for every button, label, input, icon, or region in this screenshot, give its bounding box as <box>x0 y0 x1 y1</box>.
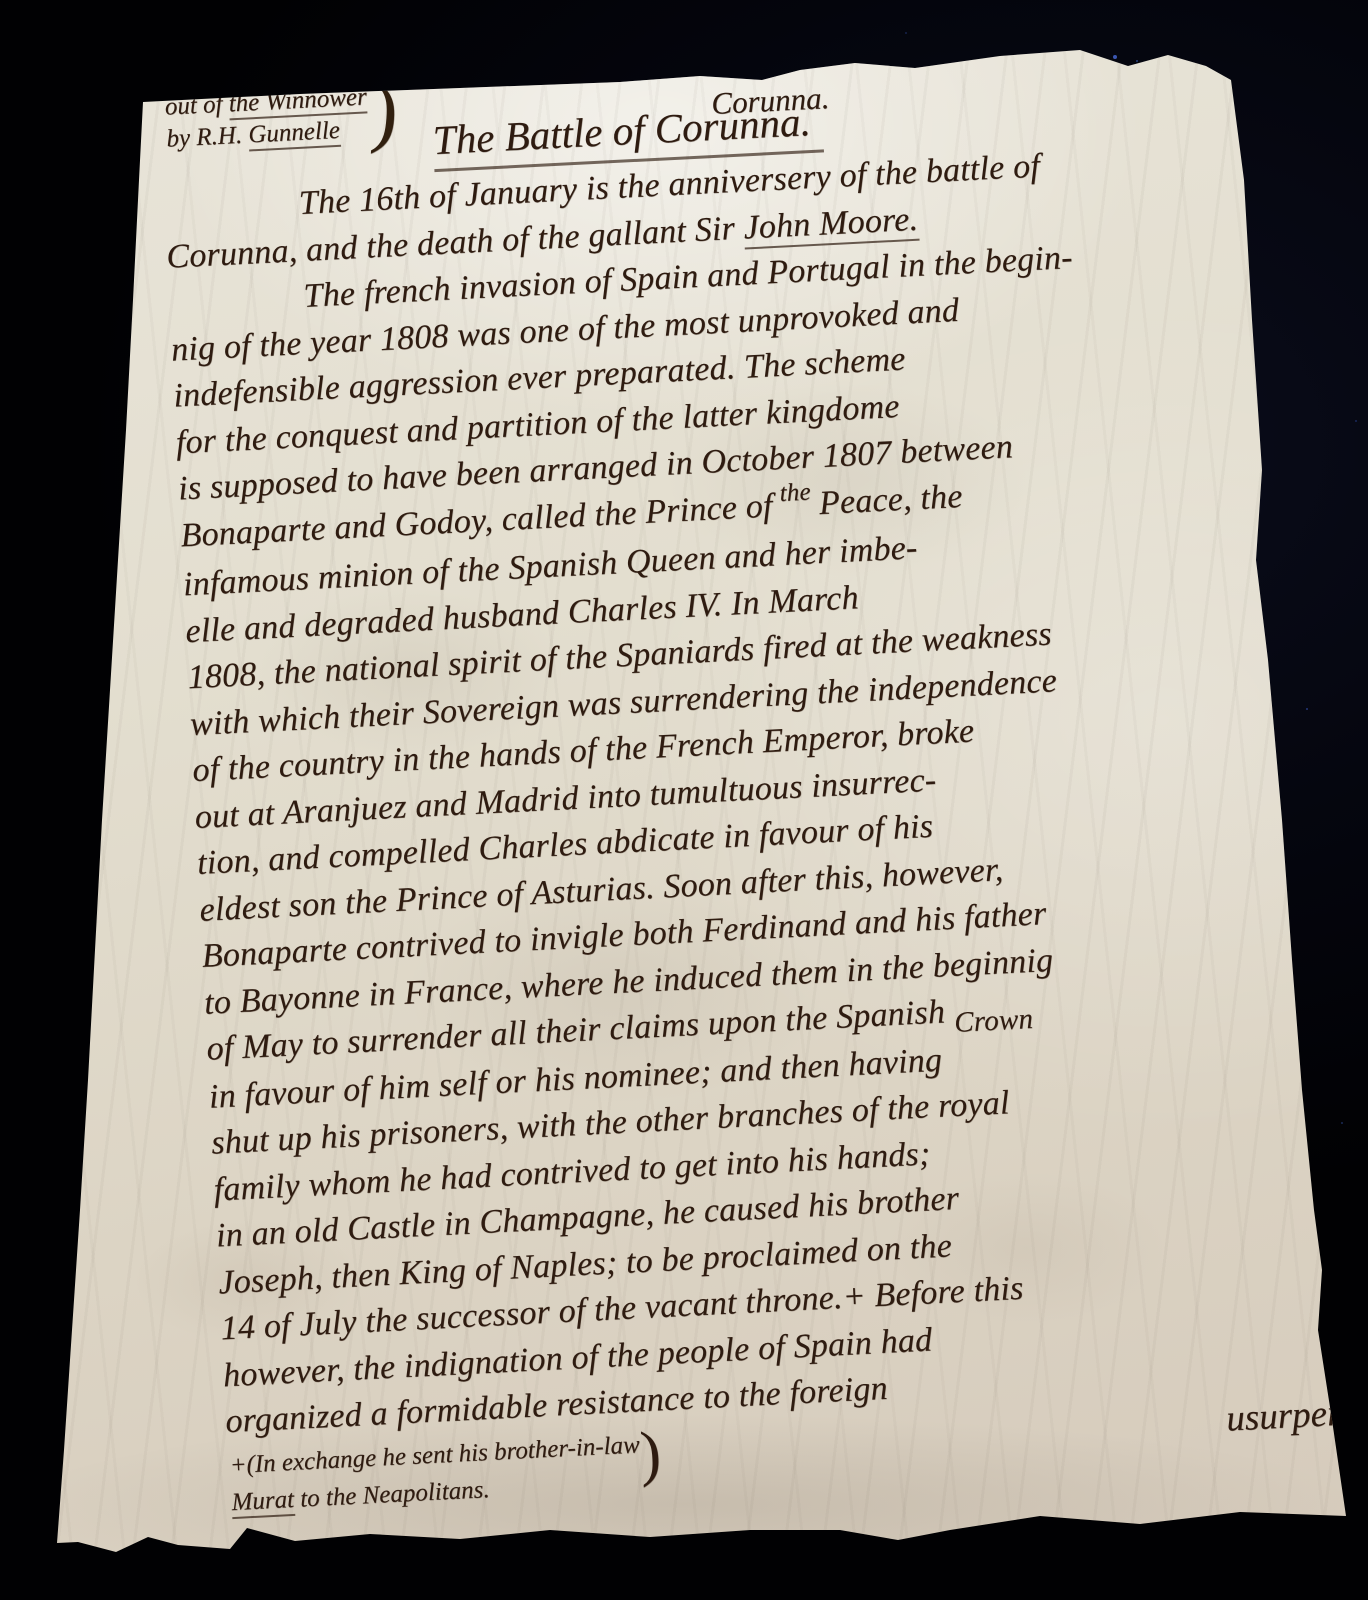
provenance-text: by R.H. <box>166 122 249 153</box>
footnote-text: to the Neapolitans. <box>293 1476 490 1513</box>
provenance-text: out of <box>164 90 229 120</box>
closing-word: usurper. <box>1225 1389 1368 1440</box>
footnote-underlined: Murat <box>231 1485 295 1518</box>
provenance-lines: out of the Winnower by R.H. Gunnelle <box>164 81 369 155</box>
closing-bracket-flourish: ) <box>369 80 400 144</box>
title-correction: Corunna. <box>711 80 831 122</box>
photo-background: out of the Winnower by R.H. Gunnelle ) C… <box>0 0 1368 1600</box>
provenance-note: out of the Winnower by R.H. Gunnelle ) <box>164 80 400 156</box>
inserted-word: the <box>778 469 811 517</box>
footnote-bracket: ) <box>638 1419 662 1488</box>
line-text: Peace, the <box>809 477 963 522</box>
manuscript-content: out of the Winnower by R.H. Gunnelle ) C… <box>158 31 1368 1519</box>
dropped-word: Crown <box>953 996 1034 1046</box>
provenance-underlined: Gunnelle <box>248 117 341 152</box>
dust-specks <box>0 0 2 2</box>
underlined-name: John Moore. <box>743 200 919 249</box>
manuscript-paper: out of the Winnower by R.H. Gunnelle ) C… <box>0 0 1368 1600</box>
